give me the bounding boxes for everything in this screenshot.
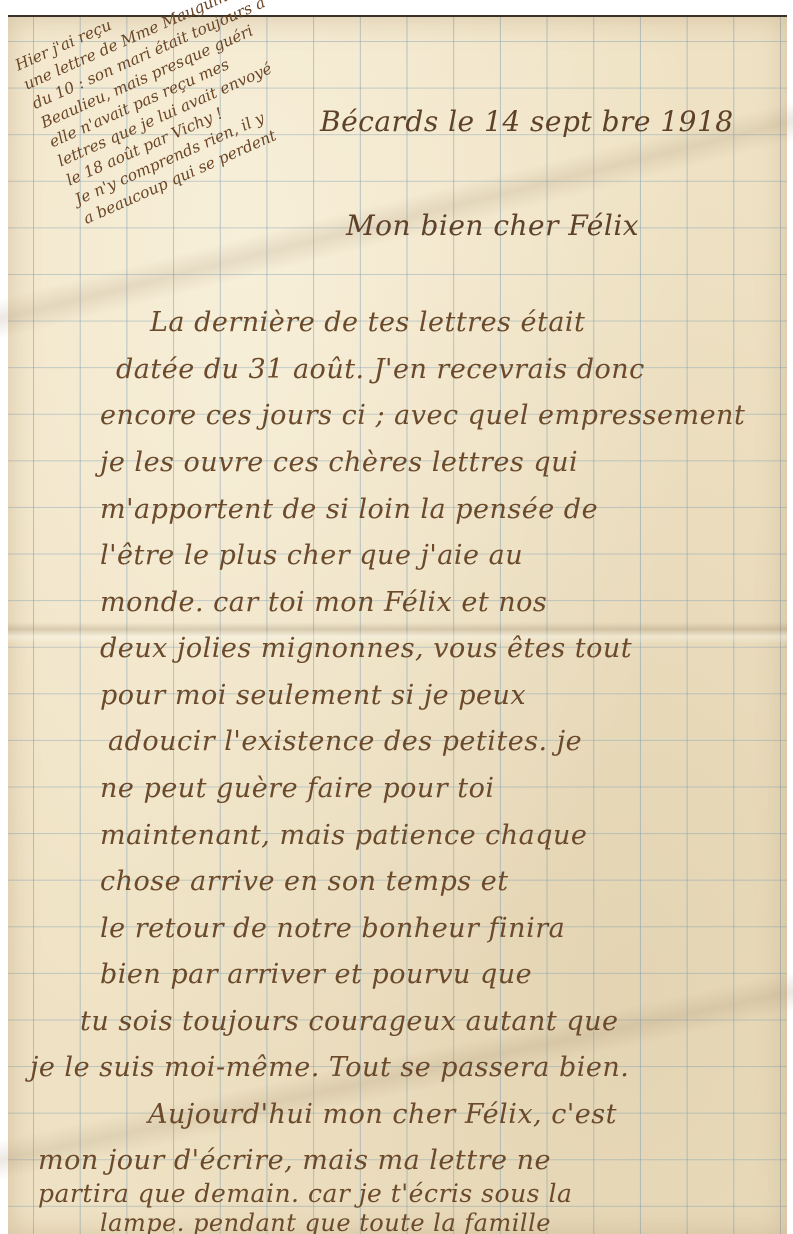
body-line: je le suis moi-même. Tout se passera bie… [30, 1052, 629, 1083]
body-line: m'apportent de si loin la pensée de [100, 494, 598, 525]
body-line: Aujourd'hui mon cher Félix, c'est [148, 1099, 617, 1130]
body-line: adoucir l'existence des petites. je [108, 726, 582, 757]
body-line: lampe. pendant que toute la famille [100, 1209, 551, 1234]
body-line: La dernière de tes lettres était [150, 307, 585, 338]
body-line: encore ces jours ci ; avec quel empresse… [100, 400, 745, 431]
body-line: l'être le plus cher que j'aie au [100, 540, 523, 571]
salutation: Mon bien cher Félix [346, 209, 639, 242]
letter-page: Hier j'ai reçu une lettre de Mme Mauguin… [8, 15, 787, 1234]
body-line: bien par arriver et pourvu que [100, 959, 532, 990]
body-line: deux jolies mignonnes, vous êtes tout [100, 633, 632, 664]
body-line: partira que demain. car je t'écris sous … [38, 1179, 572, 1208]
body-line: je les ouvre ces chères lettres qui [100, 447, 578, 478]
dateline: Bécards le 14 sept bre 1918 [320, 105, 734, 138]
body-line: ne peut guère faire pour toi [100, 773, 495, 804]
body-line: chose arrive en son temps et [100, 866, 509, 897]
body-line: datée du 31 août. J'en recevrais donc [116, 354, 645, 385]
body-line: maintenant, mais patience chaque [100, 820, 587, 851]
body-line: mon jour d'écrire, mais ma lettre ne [38, 1145, 551, 1176]
body-line: le retour de notre bonheur finira [100, 913, 565, 944]
body-line: tu sois toujours courageux autant que [80, 1006, 619, 1037]
body-line: monde. car toi mon Félix et nos [100, 587, 547, 618]
body-line: pour moi seulement si je peux [100, 680, 526, 711]
